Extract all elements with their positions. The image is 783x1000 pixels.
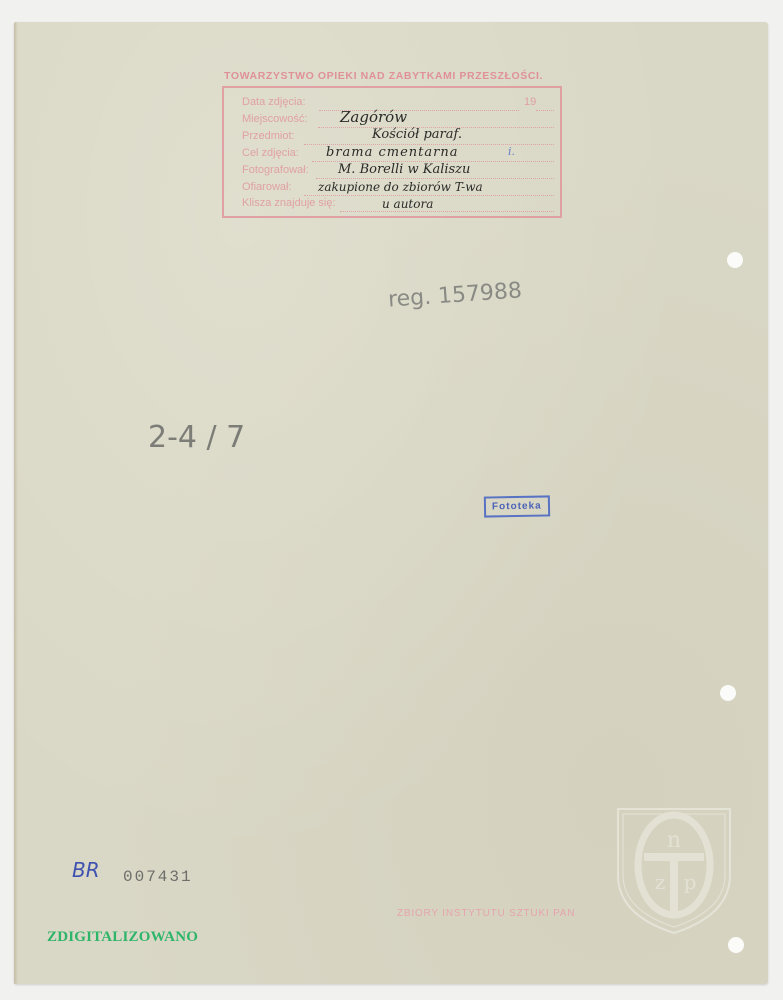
pencil-reference-number: 2-4 / 7: [148, 420, 245, 455]
handwritten-negative: u autora: [382, 197, 433, 211]
label-date: Data zdjęcia:: [242, 96, 306, 108]
year-prefix: 19: [524, 96, 536, 108]
br-handwritten-mark: BR: [72, 858, 100, 882]
field-line: [340, 211, 554, 212]
digitized-stamp: ZDIGITALIZOWANO: [47, 929, 198, 946]
label-place: Miejscowość:: [242, 113, 307, 125]
svg-text:n: n: [667, 828, 681, 853]
label-donor: Ofiarował:: [242, 181, 292, 193]
punch-hole-bottom: [728, 937, 744, 953]
field-line: [316, 178, 554, 179]
svg-text:z: z: [655, 870, 666, 894]
handwritten-donor: zakupione do zbiorów T-wa: [318, 180, 483, 194]
svg-text:p: p: [684, 870, 697, 894]
inventory-serial-number: 007431: [123, 868, 193, 886]
ispan-emblem-watermark-icon: n z p: [614, 805, 734, 935]
label-negative: Klisza znajduje się:: [242, 197, 336, 209]
handwritten-purpose: brama cmentarna: [326, 145, 458, 160]
field-line: [536, 110, 554, 111]
handwritten-object: Kościół paraf.: [372, 127, 462, 142]
fototeka-stamp: Fototeka: [484, 495, 550, 517]
punch-hole-top: [727, 252, 743, 268]
handwritten-place: Zagórów: [340, 108, 407, 126]
society-stamp-header: TOWARZYSTWO OPIEKI NAD ZABYTKAMI PRZESZŁ…: [224, 70, 543, 82]
handwritten-photographer: M. Borelli w Kaliszu: [338, 162, 470, 177]
label-purpose: Cel zdjęcia:: [242, 147, 299, 159]
collection-stamp: ZBIORY INSTYTUTU SZTUKI PAN: [397, 908, 575, 919]
blue-pencil-mark: i.: [508, 145, 515, 158]
label-photographer: Fotografował:: [242, 164, 309, 176]
punch-hole-middle: [720, 685, 736, 701]
label-object: Przedmiot:: [242, 130, 295, 142]
field-line: [304, 195, 554, 196]
